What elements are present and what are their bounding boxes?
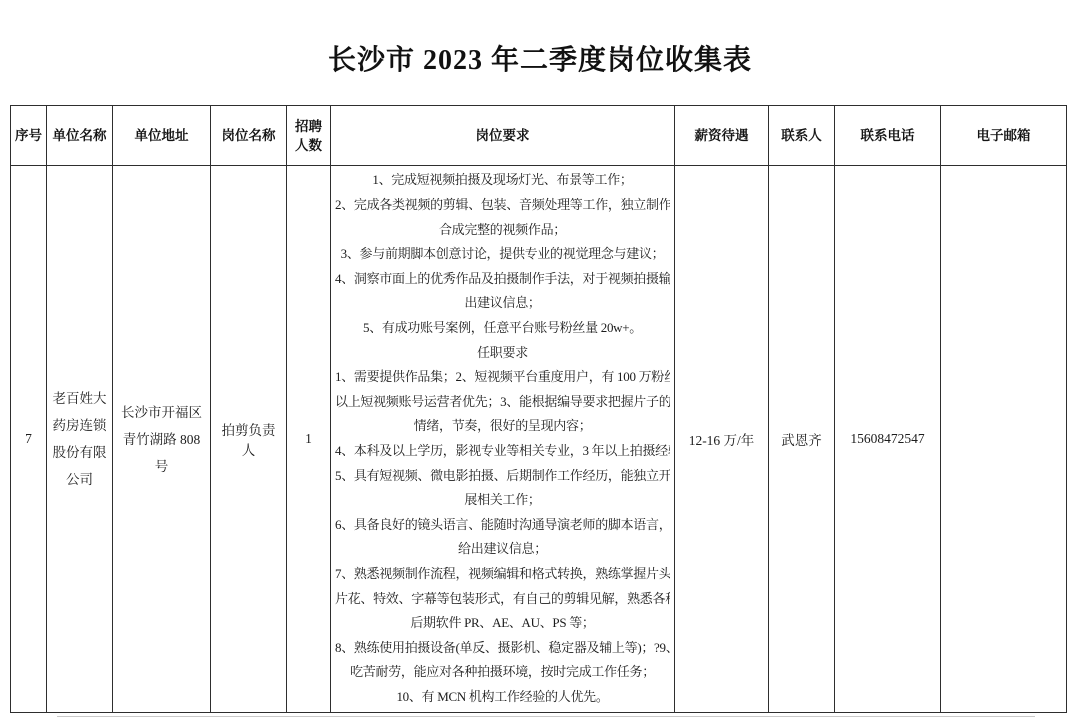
- requirement-line: 8、熟练使用拍摄设备(单反、摄影机、稳定器及辅上等)；?9、: [335, 636, 670, 661]
- requirement-line: 合成完整的视频作品；: [335, 218, 670, 243]
- requirement-line: 给出建议信息；: [335, 537, 670, 562]
- requirement-line: 3、参与前期脚本创意讨论，提供专业的视觉理念与建议；: [335, 242, 670, 267]
- col-header-address: 单位地址: [113, 106, 211, 166]
- cell-address: 长沙市开福区青竹湖路 808 号: [113, 166, 211, 713]
- requirement-line: 片花、特效、字幕等包装形式，有自己的剪辑见解，熟悉各种: [335, 587, 670, 612]
- requirement-line: 以上短视频账号运营者优先；3、能根据编导要求把握片子的: [335, 390, 670, 415]
- cell-company: 老百姓大药房连锁股份有限公司: [47, 166, 113, 713]
- requirement-line: 展相关工作；: [335, 488, 670, 513]
- job-collection-table: 序号 单位名称 单位地址 岗位名称 招聘人数 岗位要求 薪资待遇 联系人 联系电…: [10, 105, 1067, 713]
- document-page: 长沙市 2023 年二季度岗位收集表 序号 单位名称 单位地址 岗位名称 招聘人…: [0, 0, 1080, 726]
- requirement-line: 情绪，节奏，很好的呈现内容；: [335, 414, 670, 439]
- requirement-line: 10、有 MCN 机构工作经验的人优先。: [335, 685, 670, 710]
- requirement-line: 6、具备良好的镜头语言、能随时沟通导演老师的脚本语言，: [335, 513, 670, 538]
- cell-headcount: 1: [287, 166, 331, 713]
- requirement-line: 任职要求: [335, 341, 670, 366]
- page-title: 长沙市 2023 年二季度岗位收集表: [0, 38, 1080, 78]
- cell-salary: 12-16 万/年: [675, 166, 769, 713]
- table-row: 7 老百姓大药房连锁股份有限公司 长沙市开福区青竹湖路 808 号 拍剪负责人 …: [11, 166, 1067, 713]
- requirement-line: 2、完成各类视频的剪辑、包装、音频处理等工作，独立制作: [335, 193, 670, 218]
- table-header-row: 序号 单位名称 单位地址 岗位名称 招聘人数 岗位要求 薪资待遇 联系人 联系电…: [11, 106, 1067, 166]
- col-header-requirements: 岗位要求: [331, 106, 675, 166]
- cell-requirements: 1、完成短视频拍摄及现场灯光、布景等工作；2、完成各类视频的剪辑、包装、音频处理…: [331, 166, 675, 713]
- col-header-email: 电子邮箱: [941, 106, 1067, 166]
- col-header-salary: 薪资待遇: [675, 106, 769, 166]
- requirement-line: 4、洞察市面上的优秀作品及拍摄制作手法，对于视频拍摄输: [335, 267, 670, 292]
- requirement-line: 5、具有短视频、微电影拍摄、后期制作工作经历，能独立开: [335, 464, 670, 489]
- page-bottom-shadow: [57, 716, 1035, 717]
- cell-email: [941, 166, 1067, 713]
- col-header-position: 岗位名称: [211, 106, 287, 166]
- requirement-line: 7、熟悉视频制作流程，视频编辑和格式转换，熟练掌握片头、: [335, 562, 670, 587]
- col-header-contact: 联系人: [769, 106, 835, 166]
- cell-seq: 7: [11, 166, 47, 713]
- requirement-line: 1、完成短视频拍摄及现场灯光、布景等工作；: [335, 168, 670, 193]
- requirement-line: 5、有成功账号案例，任意平台账号粉丝量 20w+。: [335, 316, 670, 341]
- cell-phone: 15608472547: [835, 166, 941, 713]
- col-header-company: 单位名称: [47, 106, 113, 166]
- requirement-line: 吃苦耐劳，能应对各种拍摄环境，按时完成工作任务；: [335, 660, 670, 685]
- cell-contact: 武恩齐: [769, 166, 835, 713]
- col-header-phone: 联系电话: [835, 106, 941, 166]
- col-header-seq: 序号: [11, 106, 47, 166]
- cell-position: 拍剪负责人: [211, 166, 287, 713]
- requirement-line: 4、本科及以上学历，影视专业等相关专业，3 年以上拍摄经验；: [335, 439, 670, 464]
- requirement-line: 后期软件 PR、AE、AU、PS 等；: [335, 611, 670, 636]
- requirement-line: 出建议信息；: [335, 291, 670, 316]
- col-header-headcount: 招聘人数: [287, 106, 331, 166]
- requirement-line: 1、需要提供作品集；2、短视频平台重度用户，有 100 万粉丝: [335, 365, 670, 390]
